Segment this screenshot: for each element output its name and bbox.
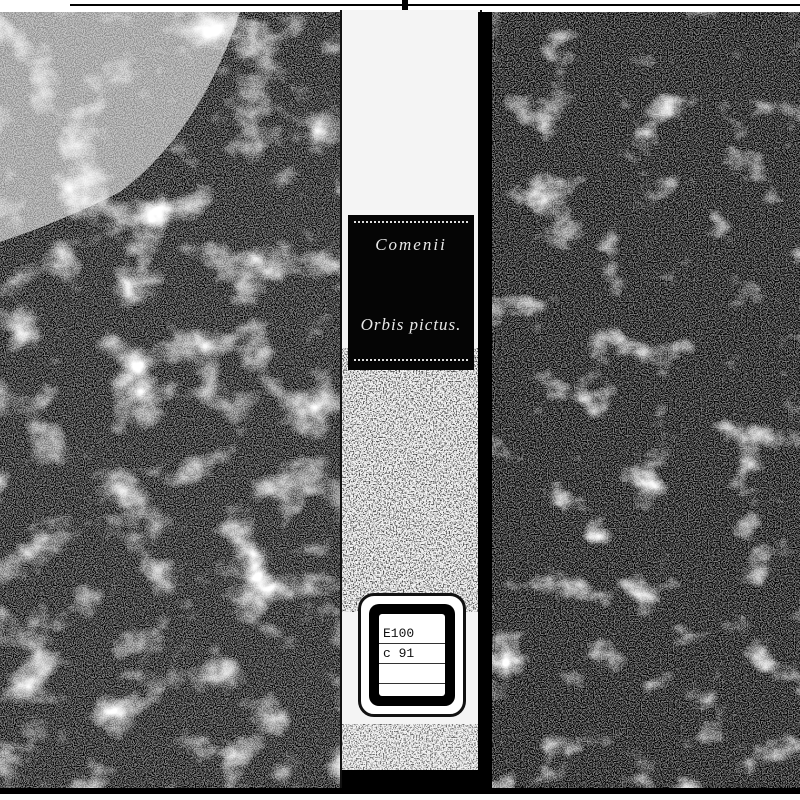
front-board bbox=[0, 12, 340, 790]
label-border-bottom bbox=[354, 359, 468, 364]
label-border-top bbox=[354, 221, 468, 226]
shelf-mark-row: c 91 bbox=[379, 644, 445, 664]
right-board-texture bbox=[478, 12, 800, 790]
book-title: Orbis pictus. bbox=[348, 315, 474, 335]
back-board bbox=[478, 12, 800, 790]
author-name: Comenii bbox=[348, 235, 474, 255]
spine: Comenii Orbis pictus. E100 c 91 bbox=[340, 10, 482, 790]
shelf-mark-row: E100 bbox=[379, 624, 445, 644]
book-scan: Comenii Orbis pictus. E100 c 91 bbox=[0, 0, 800, 800]
shelf-mark-label: E100 c 91 bbox=[358, 593, 466, 717]
left-board-texture bbox=[0, 12, 340, 790]
spine-title-label: Comenii Orbis pictus. bbox=[348, 215, 474, 370]
top-edge bbox=[70, 4, 800, 6]
bottom-edge bbox=[0, 788, 800, 794]
shelf-mark-row bbox=[379, 664, 445, 684]
shelf-mark-paper: E100 c 91 bbox=[379, 614, 445, 696]
shelf-mark-frame: E100 c 91 bbox=[369, 604, 455, 706]
